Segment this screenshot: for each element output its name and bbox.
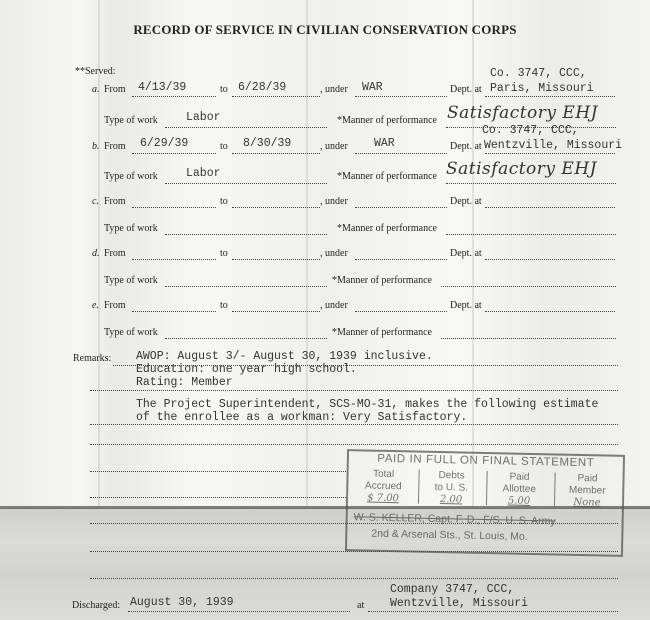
remarks-line: of the enrollee as a workman: Very Satis… xyxy=(136,411,467,424)
manner-label: *Manner of performance xyxy=(337,223,437,234)
type-of-work-value: Labor xyxy=(186,167,221,180)
type-of-work-label: Type of work xyxy=(104,223,158,234)
period-letter: d. xyxy=(92,248,100,259)
from-label: From xyxy=(104,300,126,311)
manner-value: Satisfactory EHJ xyxy=(447,103,598,123)
at-label: at xyxy=(357,600,364,611)
discharge-date: August 30, 1939 xyxy=(130,596,234,609)
paid-in-full-stamp: PAID IN FULL ON FINAL STATEMENT Total Ac… xyxy=(345,449,625,557)
manner-label: *Manner of performance xyxy=(337,115,437,126)
remarks-label: Remarks: xyxy=(73,353,111,364)
to-date: 6/28/39 xyxy=(238,81,286,94)
under-label: , under xyxy=(320,248,348,259)
to-label: to xyxy=(220,196,228,207)
dept-at-label: Dept. at xyxy=(450,141,482,152)
from-label: From xyxy=(104,248,126,259)
discharge-place-line1: Company 3747, CCC, xyxy=(390,583,514,596)
remarks-line: Education: one year high school. xyxy=(136,363,357,376)
type-of-work-label: Type of work xyxy=(104,275,158,286)
type-of-work-value: Labor xyxy=(186,111,221,124)
type-of-work-label: Type of work xyxy=(104,171,158,182)
to-label: to xyxy=(220,141,228,152)
stamp-heading: PAID IN FULL ON FINAL STATEMENT xyxy=(349,452,623,470)
under-value: WAR xyxy=(362,81,383,94)
stamp-address: 2nd & Arsenal Sts., St. Louis, Mo. xyxy=(371,528,611,545)
dept-at-line1: Co. 3747, CCC, xyxy=(482,124,579,137)
under-label: , under xyxy=(320,196,348,207)
manner-value: Satisfactory EHJ xyxy=(446,159,597,179)
from-label: From xyxy=(104,84,126,95)
manner-label: *Manner of performance xyxy=(337,171,437,182)
stamp-column-total-accrued: Total Accrued $ 7.00 xyxy=(352,468,415,505)
under-label: , under xyxy=(320,141,348,152)
dept-at-line2: Paris, Missouri xyxy=(490,82,594,95)
to-date: 8/30/39 xyxy=(243,137,291,150)
period-letter: a. xyxy=(92,84,100,95)
from-label: From xyxy=(104,196,126,207)
manner-label: *Manner of performance xyxy=(332,275,432,286)
remarks-line: AWOP: August 3/- August 30, 1939 inclusi… xyxy=(136,350,433,363)
document-title: RECORD OF SERVICE IN CIVILIAN CONSERVATI… xyxy=(0,22,650,38)
stamp-column-paid-allottee: Paid Allottee 5.00 xyxy=(488,471,551,508)
period-letter: e. xyxy=(92,300,99,311)
from-date: 6/29/39 xyxy=(140,137,188,150)
period-letter: b. xyxy=(92,141,100,152)
manner-label: *Manner of performance xyxy=(332,327,432,338)
to-label: to xyxy=(220,84,228,95)
remarks-line: The Project Superintendent, SCS-MO-31, m… xyxy=(136,398,598,411)
type-of-work-label: Type of work xyxy=(104,327,158,338)
from-label: From xyxy=(104,141,126,152)
dept-at-line2: Wentzville, Missouri xyxy=(484,139,622,152)
from-date: 4/13/39 xyxy=(138,81,186,94)
dept-at-label: Dept. at xyxy=(450,84,482,95)
served-label: **Served: xyxy=(75,66,116,77)
to-label: to xyxy=(220,248,228,259)
dept-at-line1: Co. 3747, CCC, xyxy=(490,67,587,80)
under-label: , under xyxy=(320,300,348,311)
stamp-column-paid-member: Paid Member None xyxy=(556,472,619,509)
dept-at-label: Dept. at xyxy=(450,196,482,207)
under-label: , under xyxy=(320,84,348,95)
dept-at-label: Dept. at xyxy=(450,300,482,311)
stamp-column-debts: Debts to U. S. 2.00 xyxy=(420,470,483,507)
to-label: to xyxy=(220,300,228,311)
discharged-label: Discharged: xyxy=(72,600,120,611)
stamp-signer: W. S. KELLER, Capt. F. D., F/S, U. S. Ar… xyxy=(354,511,614,528)
under-value: WAR xyxy=(374,137,395,150)
discharge-place-line2: Wentzville, Missouri xyxy=(390,597,528,610)
dept-at-label: Dept. at xyxy=(450,248,482,259)
service-record-document: RECORD OF SERVICE IN CIVILIAN CONSERVATI… xyxy=(0,0,650,620)
type-of-work-label: Type of work xyxy=(104,115,158,126)
period-letter: c. xyxy=(92,196,99,207)
remarks-line: Rating: Member xyxy=(136,376,233,389)
